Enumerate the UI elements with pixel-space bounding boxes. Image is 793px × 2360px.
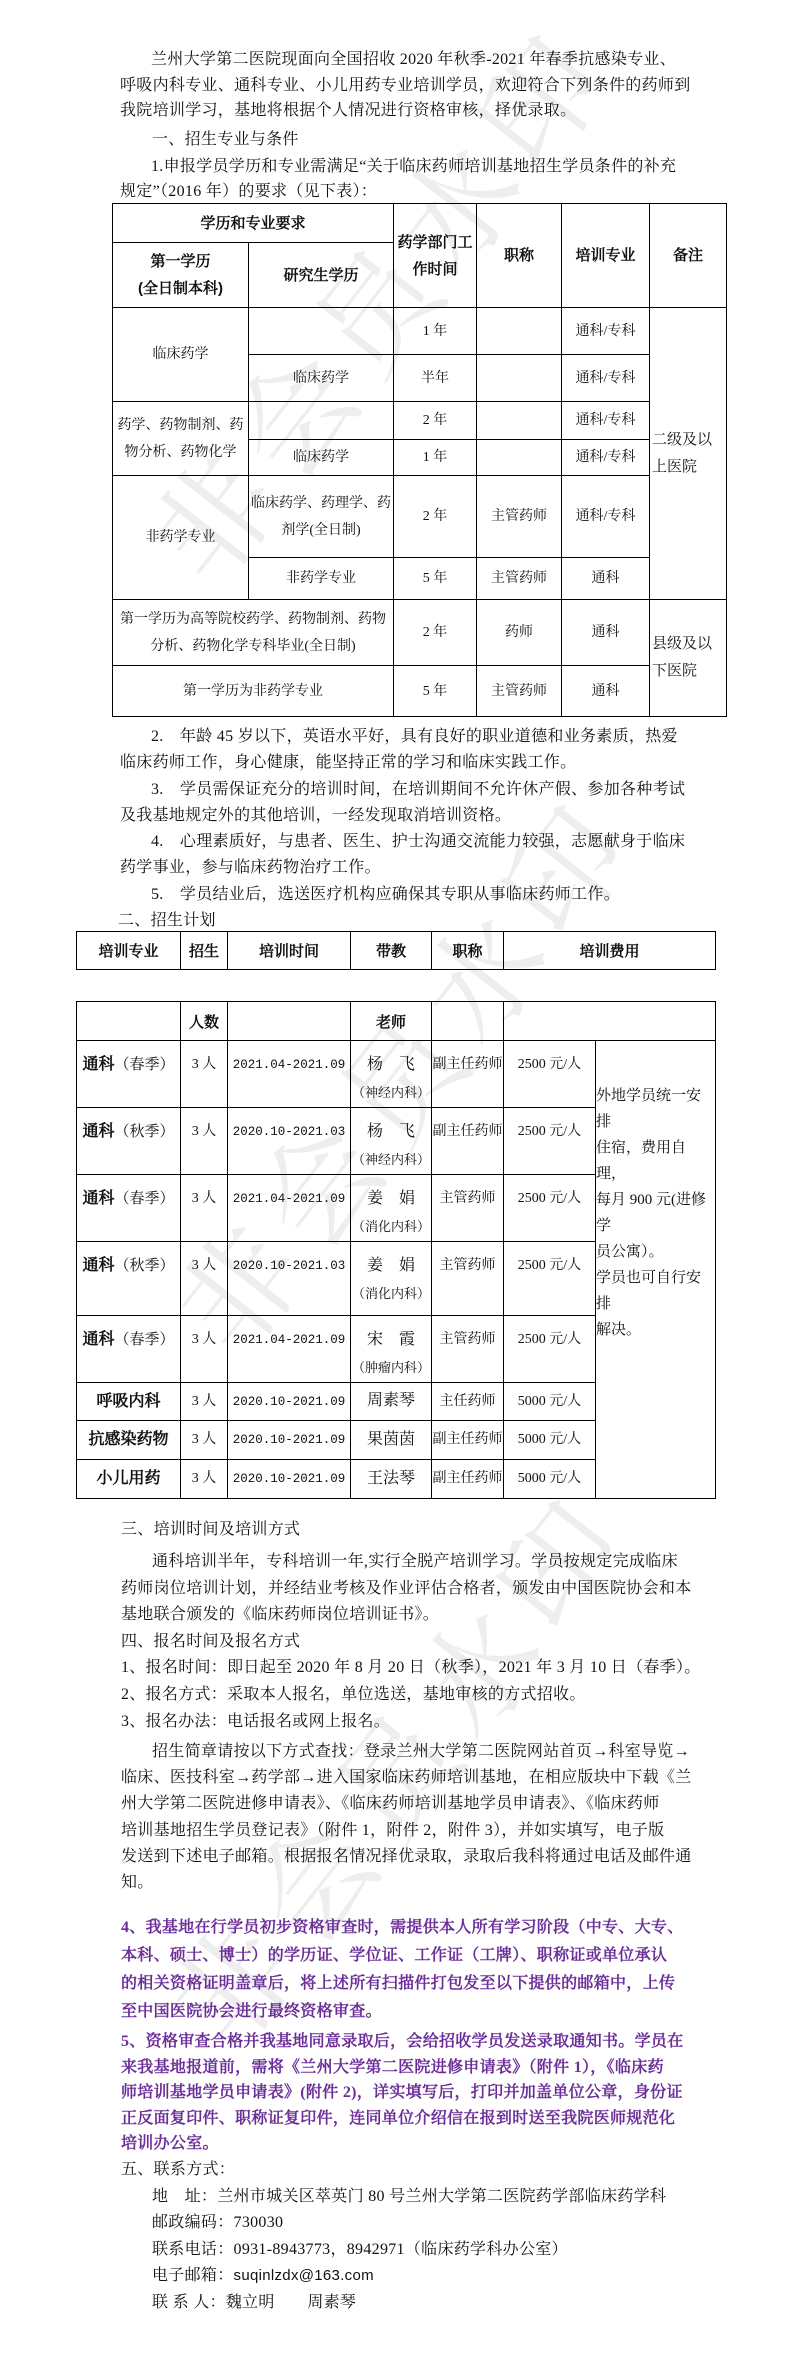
table-row: 通科（春季） 3 人 2021.04-2021.09 杨 飞（神经内科） 副主任… (77, 1041, 716, 1108)
cell-period: 2021.04-2021.09 (228, 1316, 351, 1383)
teacher-name: 姜 娟 (351, 1252, 431, 1280)
cell-first-degree: 第一学历为高等院校药学、药物制剂、药物 分析、药物化学专科毕业(全日制) (113, 600, 394, 666)
cell-period: 2021.04-2021.09 (228, 1041, 351, 1108)
cell-teacher: 杨 飞（神经内科） (351, 1108, 432, 1175)
contact-label: 电子邮箱： (152, 2267, 234, 2284)
text-line: 师培训基地学员申请表》(附件 2)，详实填写后，打印并加盖单位公章，身份证 (121, 2080, 684, 2106)
cell-count: 3 人 (181, 1175, 228, 1242)
cell-count: 3 人 (181, 1041, 228, 1108)
section5-heading: 五、联系方式： (121, 2157, 666, 2184)
cell-teacher: 王法琴 (351, 1460, 432, 1499)
text-line: 临床、医技科室→药学部→进入国家临床药师培训基地，在相应版块中下载《兰 (121, 1765, 692, 1791)
contact-email: 电子邮箱：suqinlzdx@163.com (121, 2263, 666, 2290)
text-line: 4. 心理素质好，与患者、医生、护士沟通交流能力较强，志愿献身于临床 (120, 829, 685, 855)
cell-work-time: 5 年 (394, 666, 477, 717)
cell-fee: 2500 元/人 (504, 1041, 596, 1108)
document-page: 非会员水印 非会员水印 非会员水印 兰州大学第二医院现面向全国招收 2020 年… (0, 0, 793, 2360)
cell-specialty: 通科（秋季） (77, 1108, 181, 1175)
table-row: 第一学历为高等院校药学、药物制剂、药物 分析、药物化学专科毕业(全日制) 2 年… (113, 600, 727, 666)
contact-phone: 联系电话：0931-8943773，8942971（临床药学科办公室） (121, 2237, 666, 2264)
contact-label: 邮政编码： (152, 2214, 234, 2231)
cell-fee: 2500 元/人 (504, 1175, 596, 1242)
cell-specialty: 通科/专科 (562, 355, 650, 402)
contact-value: 魏立明 周素琴 (226, 2294, 356, 2311)
cell-count: 3 人 (181, 1383, 228, 1421)
cell-fee: 2500 元/人 (504, 1242, 596, 1316)
season: （春季） (115, 1057, 175, 1073)
cell-teacher: 宋 霞（肿瘤内科） (351, 1316, 432, 1383)
cell-title: 主管药师 (477, 666, 562, 717)
teacher-name: 果茵茵 (367, 1431, 415, 1448)
cell-first-degree: 非药学专业 (113, 476, 249, 600)
cell-first-degree: 药学、药物制剂、药 物分析、药物化学 (113, 402, 249, 476)
season: （秋季） (115, 1124, 175, 1140)
header-blank (504, 1002, 716, 1041)
text-line: 1.申报学员学历和专业需满足“关于临床药师培训基地招生学员条件的补充 (120, 154, 676, 179)
cell-title: 主任药师 (432, 1383, 504, 1421)
contact-label: 联系电话： (152, 2241, 234, 2258)
cell-specialty: 通科 (562, 600, 650, 666)
cell-specialty: 通科/专科 (562, 402, 650, 440)
cell-title: 主管药师 (432, 1242, 504, 1316)
qualification-review-notice: 4、我基地在行学员初步资格审查时，需提供本人所有学习阶段（中专、大专、 本科、硕… (121, 1914, 684, 2026)
season: （秋季） (115, 1258, 175, 1274)
text-line: 2、报名方式：采取本人报名，单位选送，基地审核的方式招收。 (121, 1682, 701, 1709)
cell-graduate-degree (249, 308, 394, 355)
cell-graduate-degree: 临床药学 (249, 355, 394, 402)
header-title: 职称 (432, 932, 504, 970)
cell-work-time: 1 年 (394, 440, 477, 476)
section3-4-body: 通科培训半年，专科培训一年,实行全脱产培训学习。学员按规定完成临床 药师岗位培训… (121, 1549, 701, 1735)
cell-specialty: 通科 (562, 558, 650, 600)
cell-period: 2020.10-2021.09 (228, 1460, 351, 1499)
text-line: 5、资格审查合格并我基地同意录取后，会给招收学员发送录取通知书。学员在 (121, 2029, 684, 2055)
header-fee: 培训费用 (504, 932, 716, 970)
cell-fee: 2500 元/人 (504, 1108, 596, 1175)
cell-title: 主管药师 (477, 476, 562, 558)
table-row: 非药学专业 临床药学、药理学、药 剂学(全日制) 2 年 主管药师 通科/专科 (113, 476, 727, 558)
cell-fee: 5000 元/人 (504, 1460, 596, 1499)
text-line: 药学事业，参与临床药物治疗工作。 (120, 855, 685, 881)
cell-specialty: 通科/专科 (562, 308, 650, 355)
cell-specialty: 小儿用药 (77, 1460, 181, 1499)
cell-accommodation-notes: 外地学员统一安排 住宿，费用自理， 每月 900 元(进修学 员公寓）。 学员也… (596, 1041, 716, 1499)
conditions-paragraphs: 2. 年龄 45 岁以下，英语水平好，具有良好的职业道德和业务素质，热爱 临床药… (120, 724, 685, 908)
contact-value: 0931-8943773，8942971（临床药学科办公室） (234, 2241, 568, 2258)
intro-paragraph: 兰州大学第二医院现面向全国招收 2020 年秋季-2021 年春季抗感染专业、 … (120, 47, 691, 124)
text-line: 规定”（2016 年）的要求（见下表）： (120, 179, 676, 204)
cell-title (477, 355, 562, 402)
header-blank (77, 1002, 181, 1041)
cell-period: 2021.04-2021.09 (228, 1175, 351, 1242)
header-specialty: 培训专业 (77, 932, 181, 970)
season: （春季） (115, 1332, 175, 1348)
teacher-dept: （消化内科） (351, 1280, 431, 1308)
cell-specialty: 通科（秋季） (77, 1242, 181, 1316)
cell-specialty: 通科（春季） (77, 1316, 181, 1383)
contact-address: 地 址：兰州市城关区萃英门 80 号兰州大学第二医院药学部临床药学科 (121, 2184, 666, 2211)
text-line: 来我基地报道前，需将《兰州大学第二医院进修申请表》（附件 1），《临床药 (121, 2055, 684, 2081)
cell-graduate-degree: 临床药学 (249, 440, 394, 476)
cell-title: 副主任药师 (432, 1108, 504, 1175)
requirements-table: 学历和专业要求 药学部门工 作时间 职称 培训专业 备注 第一学历 (全日制本科… (112, 203, 727, 717)
cell-count: 3 人 (181, 1460, 228, 1499)
cell-graduate-degree: 非药学专业 (249, 558, 394, 600)
email-link[interactable]: suqinlzdx@163.com (234, 2267, 374, 2284)
application-guide: 招生简章请按以下方式查找：登录兰州大学第二医院网站首页→科室导览→ 临床、医技科… (121, 1739, 692, 1896)
header-remark: 备注 (650, 204, 727, 308)
text-line: 3、报名办法：电话报名或网上报名。 (121, 1709, 701, 1736)
cell-count: 3 人 (181, 1242, 228, 1316)
table-row: 第一学历为非药学专业 5 年 主管药师 通科 (113, 666, 727, 717)
cell-period: 2020.10-2021.03 (228, 1108, 351, 1175)
teacher-name: 周素琴 (367, 1392, 415, 1409)
cell-title (477, 440, 562, 476)
cell-specialty: 通科/专科 (562, 440, 650, 476)
header-headcount: 人数 (181, 1002, 228, 1041)
text-line: 呼吸内科专业、通科专业、小儿用药专业培训学员，欢迎符合下列条件的药师到 (120, 73, 691, 99)
header-specialty: 培训专业 (562, 204, 650, 308)
section3-heading: 三、培训时间及培训方式 (121, 1517, 300, 1543)
item1-paragraph: 1.申报学员学历和专业需满足“关于临床药师培训基地招生学员条件的补充 规定”（2… (120, 154, 676, 204)
cell-work-time: 2 年 (394, 600, 477, 666)
cell-fee: 2500 元/人 (504, 1316, 596, 1383)
teacher-name: 姜 娟 (351, 1185, 431, 1213)
cell-fee: 5000 元/人 (504, 1383, 596, 1421)
specialty-name: 通科 (82, 1123, 114, 1140)
text-line: 通科培训半年，专科培训一年,实行全脱产培训学习。学员按规定完成临床 (121, 1549, 701, 1576)
cell-teacher: 姜 娟（消化内科） (351, 1242, 432, 1316)
cell-title: 副主任药师 (432, 1460, 504, 1499)
cell-count: 3 人 (181, 1316, 228, 1383)
section4-heading: 四、报名时间及报名方式 (121, 1629, 701, 1656)
text-line: 3. 学员需保证充分的培训时间，在培训期间不允许休产假、参加各种考试 (120, 777, 685, 803)
table-row: 药学、药物制剂、药 物分析、药物化学 2 年 通科/专科 (113, 402, 727, 440)
header-period: 培训时间 (228, 932, 351, 970)
header-first-degree: 第一学历 (全日制本科) (113, 243, 249, 308)
specialty-name: 通科 (82, 1190, 114, 1207)
cell-teacher: 周素琴 (351, 1383, 432, 1421)
text-line: 药师岗位培训计划，并经结业考核及作业评估合格者，颁发由中国医院协会和本 (121, 1576, 701, 1603)
cell-count: 3 人 (181, 1421, 228, 1460)
cell-work-time: 2 年 (394, 402, 477, 440)
text-line: 2. 年龄 45 岁以下，英语水平好，具有良好的职业道德和业务素质，热爱 (120, 724, 685, 750)
cell-work-time: 2 年 (394, 476, 477, 558)
cell-teacher: 姜 娟（消化内科） (351, 1175, 432, 1242)
cell-title (477, 308, 562, 355)
text-line: 的相关资格证明盖章后，将上述所有扫描件打包发至以下提供的邮箱中，上传 (121, 1970, 684, 1998)
teacher-dept: （肿瘤内科） (351, 1354, 431, 1382)
contact-value: 兰州市城关区萃英门 80 号兰州大学第二医院药学部临床药学科 (217, 2188, 666, 2205)
teacher-dept: （神经内科） (351, 1079, 431, 1107)
text-line: 知。 (121, 1870, 692, 1896)
contact-postcode: 邮政编码：730030 (121, 2210, 666, 2237)
cell-period: 2020.10-2021.09 (228, 1383, 351, 1421)
contact-label: 地 址： (152, 2188, 217, 2205)
text-line: 培训办公室。 (121, 2131, 684, 2157)
cell-title: 药师 (477, 600, 562, 666)
text-line: 至中国医院协会进行最终资格审查。 (121, 1998, 684, 2026)
teacher-dept: （神经内科） (351, 1146, 431, 1174)
text-line: 5. 学员结业后，选送医疗机构应确保其专职从事临床药师工作。 (120, 882, 685, 908)
text-line: 发送到下述电子邮箱。根据报名情况择优录取，录取后我科将通过电话及邮件通 (121, 1844, 692, 1870)
text-line: 兰州大学第二医院现面向全国招收 2020 年秋季-2021 年春季抗感染专业、 (120, 47, 691, 73)
header-teacher: 带教 (351, 932, 432, 970)
contact-section: 五、联系方式： 地 址：兰州市城关区萃英门 80 号兰州大学第二医院药学部临床药… (121, 2157, 666, 2317)
cell-title: 副主任药师 (432, 1041, 504, 1108)
text-line: 我院培训学习，基地将根据个人情况进行资格审核，择优录取。 (120, 98, 691, 124)
cell-remark: 二级及以 上医院 (650, 308, 727, 600)
teacher-name: 杨 飞 (351, 1118, 431, 1146)
plan-table: 人数 老师 通科（春季） 3 人 2021.04-2021.09 杨 飞（神经内… (76, 1001, 716, 1499)
text-line: 基地联合颁发的《临床药师岗位培训证书》。 (121, 1602, 701, 1629)
cell-graduate-degree (249, 402, 394, 440)
header-title: 职称 (477, 204, 562, 308)
cell-title: 主管药师 (477, 558, 562, 600)
cell-first-degree: 第一学历为非药学专业 (113, 666, 394, 717)
cell-count: 3 人 (181, 1108, 228, 1175)
header-graduate-degree: 研究生学历 (249, 243, 394, 308)
cell-graduate-degree: 临床药学、药理学、药 剂学(全日制) (249, 476, 394, 558)
header-teacher: 老师 (351, 1002, 432, 1041)
cell-teacher: 杨 飞（神经内科） (351, 1041, 432, 1108)
cell-specialty: 抗感染药物 (77, 1421, 181, 1460)
cell-title: 副主任药师 (432, 1421, 504, 1460)
text-line: 1、报名时间：即日起至 2020 年 8 月 20 日（秋季），2021 年 3… (121, 1655, 701, 1682)
cell-specialty: 通科 (562, 666, 650, 717)
cell-period: 2020.10-2021.03 (228, 1242, 351, 1316)
teacher-name: 王法琴 (367, 1470, 415, 1487)
cell-remark: 县级及以 下医院 (650, 600, 727, 717)
text-line: 4、我基地在行学员初步资格审查时，需提供本人所有学习阶段（中专、大专、 (121, 1914, 684, 1942)
specialty-name: 通科 (82, 1056, 114, 1073)
cell-work-time: 1 年 (394, 308, 477, 355)
text-line: 本科、硕士、博士）的学历证、学位证、工作证（工牌）、职称证或单位承认 (121, 1942, 684, 1970)
cell-specialty: 通科（春季） (77, 1175, 181, 1242)
header-enrollment: 招生 (181, 932, 228, 970)
teacher-name: 杨 飞 (351, 1051, 431, 1079)
table-row: 临床药学 1 年 通科/专科 二级及以 上医院 (113, 308, 727, 355)
cell-period: 2020.10-2021.09 (228, 1421, 351, 1460)
cell-work-time: 5 年 (394, 558, 477, 600)
header-blank (228, 1002, 351, 1041)
header-blank (432, 1002, 504, 1041)
admission-notice: 5、资格审查合格并我基地同意录取后，会给招收学员发送录取通知书。学员在 来我基地… (121, 2029, 684, 2157)
header-work-time: 药学部门工 作时间 (394, 204, 477, 308)
cell-specialty: 呼吸内科 (77, 1383, 181, 1421)
cell-work-time: 半年 (394, 355, 477, 402)
cell-fee: 5000 元/人 (504, 1421, 596, 1460)
plan-header-table: 培训专业 招生 培训时间 带教 职称 培训费用 (76, 931, 716, 970)
text-line: 正反面复印件、职称证复印件，连同单位介绍信在报到时送至我院医师规范化 (121, 2106, 684, 2132)
cell-first-degree: 临床药学 (113, 308, 249, 402)
header-education-group: 学历和专业要求 (113, 204, 394, 243)
specialty-name: 通科 (82, 1257, 114, 1274)
text-line: 及我基地规定外的其他培训，一经发现取消培训资格。 (120, 803, 685, 829)
season: （春季） (115, 1191, 175, 1207)
text-line: 培训基地招生学员登记表》（附件 1，附件 2，附件 3），并如实填写，电子版 (121, 1818, 692, 1844)
cell-title: 主管药师 (432, 1175, 504, 1242)
text-line: 临床药师工作，身心健康，能坚持正常的学习和临床实践工作。 (120, 750, 685, 776)
text-line: 招生简章请按以下方式查找：登录兰州大学第二医院网站首页→科室导览→ (121, 1739, 692, 1765)
contact-person: 联 系 人：魏立明 周素琴 (121, 2290, 666, 2317)
cell-title: 主管药师 (432, 1316, 504, 1383)
section1-heading: 一、招生专业与条件 (152, 127, 299, 153)
cell-specialty: 通科/专科 (562, 476, 650, 558)
contact-value: 730030 (234, 2214, 284, 2231)
contact-label: 联 系 人： (152, 2294, 226, 2311)
teacher-dept: （消化内科） (351, 1213, 431, 1241)
text-line: 州大学第二医院进修申请表》、《临床药师培训基地学员申请表》、《临床药师 (121, 1791, 692, 1817)
cell-title (477, 402, 562, 440)
cell-specialty: 通科（春季） (77, 1041, 181, 1108)
cell-teacher: 果茵茵 (351, 1421, 432, 1460)
teacher-name: 宋 霞 (351, 1326, 431, 1354)
specialty-name: 通科 (82, 1331, 114, 1348)
